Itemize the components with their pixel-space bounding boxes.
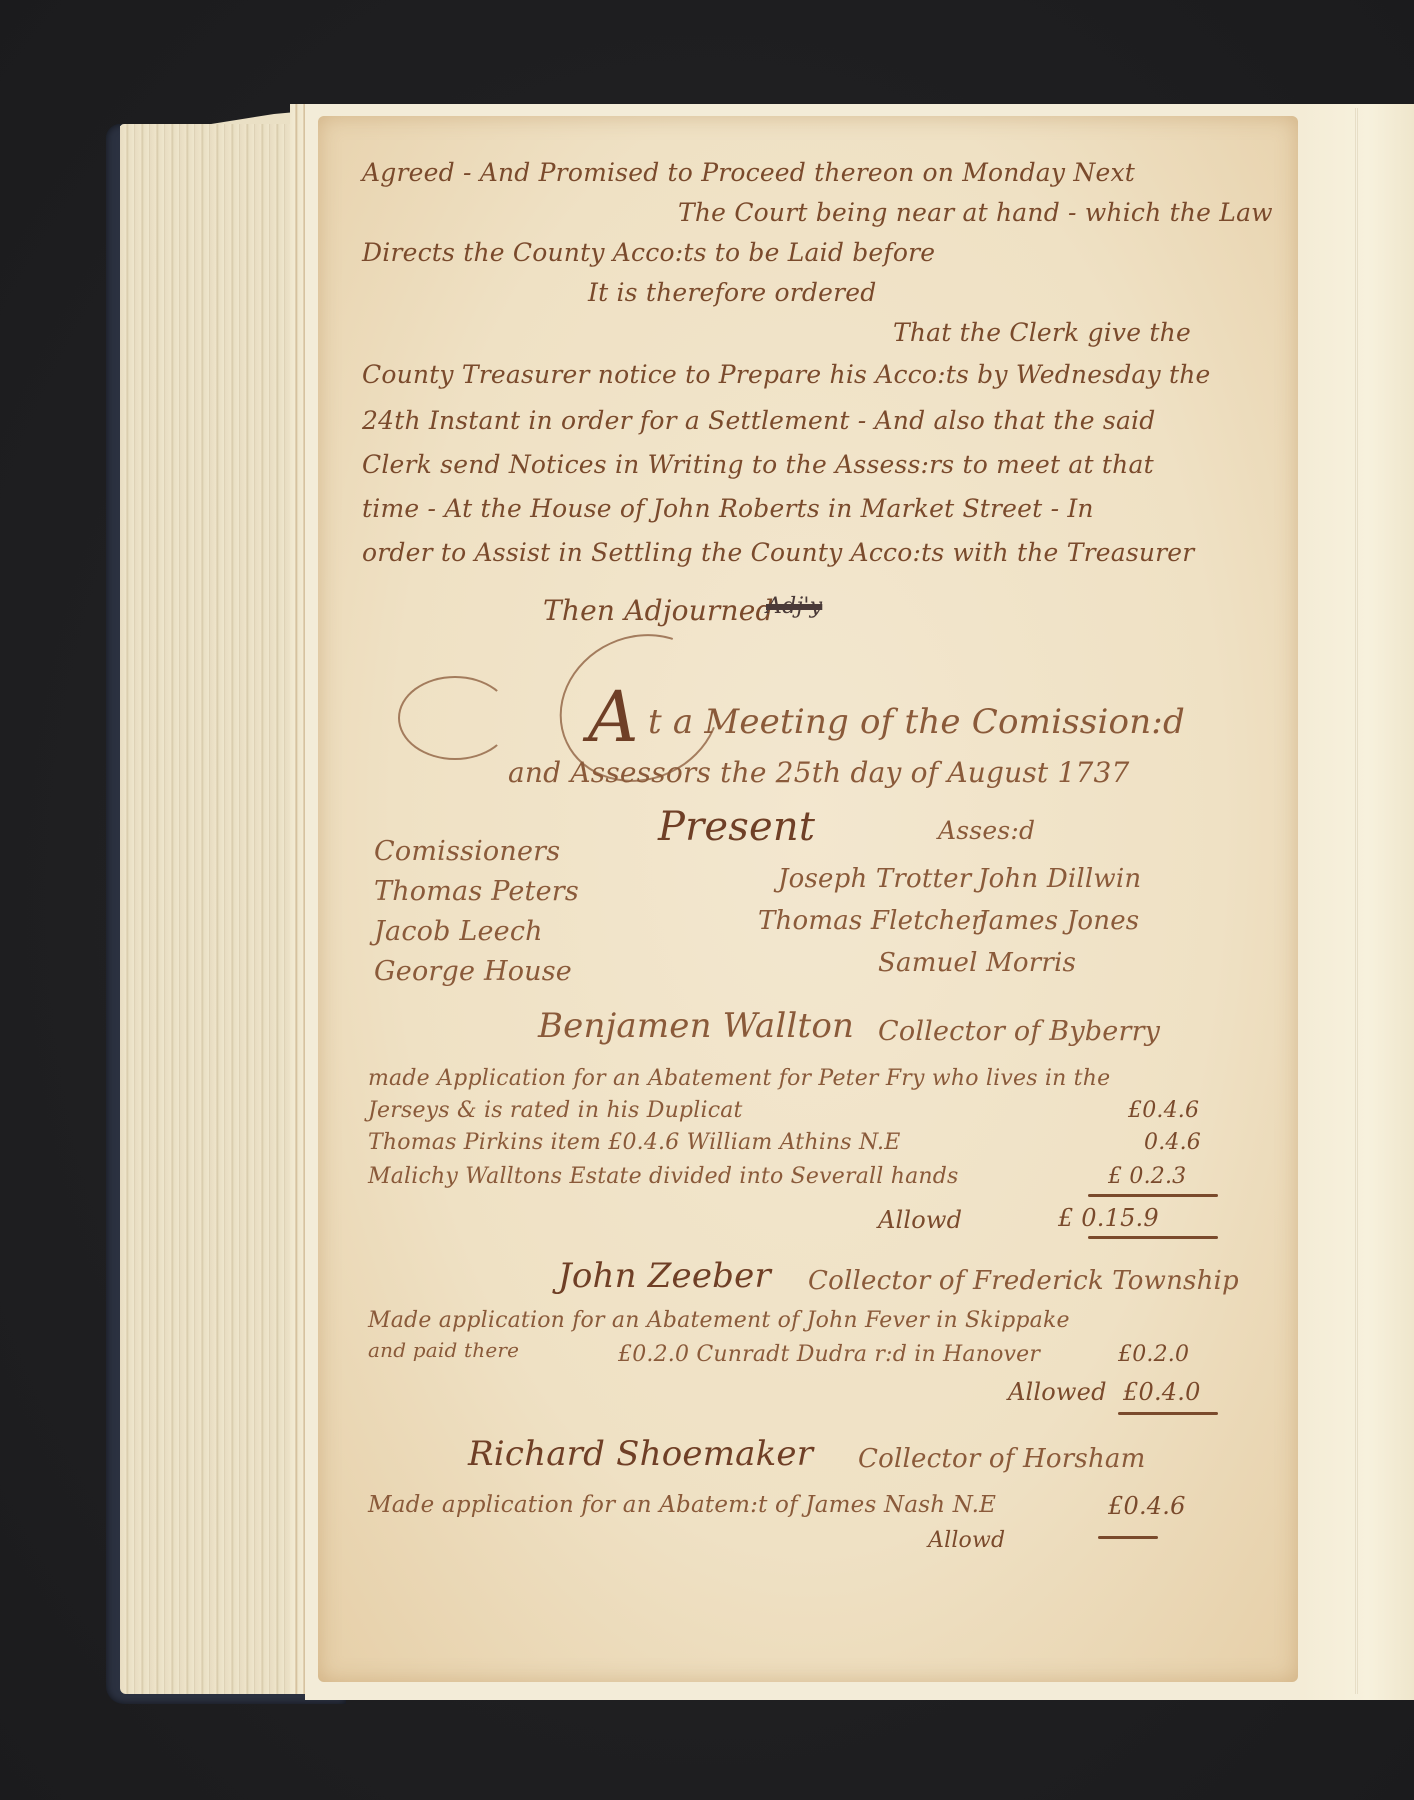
allowed-label: Allowed [1008,1378,1107,1406]
assessor-name: John Dillwin [978,864,1141,894]
flourish-ornament [398,676,512,760]
present-heading: Present [658,804,815,850]
entry-line: Made application for an Abatem:t of Jame… [368,1492,996,1518]
collector-name: Benjamen Wallton [538,1006,854,1046]
text-line: 24th Instant in order for a Settlement -… [362,406,1155,435]
allowed-label: Allowd [878,1206,962,1234]
entry-line: Jerseys & is rated in his Duplicat [368,1098,743,1123]
text-line: It is therefore ordered [588,278,876,307]
text-line: time - At the House of John Roberts in M… [362,494,1094,523]
amount: £0.2.0 [1118,1342,1189,1367]
assessor-name: James Jones [978,906,1139,936]
total-rule [1088,1194,1218,1197]
entry-line: £0.2.0 Cunradt Dudra r:d in Hanover [618,1342,1040,1367]
entry-line: Made application for an Abatement of Joh… [368,1308,1070,1333]
amount: £ 0.2.3 [1108,1164,1186,1189]
page-block-edge [120,124,300,1694]
assessors-label: Asses:d [938,816,1035,845]
entry-line: Malichy Walltons Estate divided into Sev… [368,1164,959,1189]
collector-title: Collector of Horsham [858,1444,1145,1474]
amount: 0.4.6 [1144,1130,1201,1155]
text-line: order to Assist in Settling the County A… [362,538,1194,567]
amount: £0.4.6 [1108,1492,1186,1520]
commissioners-label: Comissioners [374,836,560,867]
collector-name: Richard Shoemaker [468,1434,813,1474]
amount: £0.4.6 [1128,1098,1199,1123]
total-rule [1098,1536,1158,1539]
total-rule [1088,1236,1218,1239]
meeting-heading: t a Meeting of the Comission:d [648,702,1185,742]
commissioner-name: Jacob Leech [374,916,543,947]
assessor-name: Thomas Fletcher [758,906,984,936]
entry-line: made Application for an Abatement for Pe… [368,1066,1110,1091]
collector-title: Collector of Byberry [878,1016,1160,1047]
adjourn-text: Then Adjourned [543,594,774,627]
text-line: The Court being near at hand - which the… [678,198,1273,227]
commissioner-name: Thomas Peters [374,876,579,907]
entry-line: Thomas Pirkins item £0.4.6 William Athin… [368,1130,900,1155]
commissioner-name: George House [374,956,572,987]
assessor-name: Joseph Trotter [778,864,971,894]
manuscript-leaf: Agreed - And Promised to Proceed thereon… [318,116,1298,1682]
allowed-total: £0.4.0 [1123,1378,1201,1406]
struck-word: Adj'y [766,594,822,619]
text-line: Clerk send Notices in Writing to the Ass… [362,450,1154,479]
allowed-label: Allowd [928,1528,1005,1553]
entry-line: and paid there [368,1338,519,1362]
collector-title: Collector of Frederick Township [808,1266,1239,1296]
gutter [1355,108,1358,1694]
collector-name: John Zeeber [558,1256,771,1296]
text-line: That the Clerk give the [893,318,1191,347]
text-line: County Treasurer notice to Prepare his A… [362,360,1211,389]
heading-initial: A [588,676,639,758]
text-line: Agreed - And Promised to Proceed thereon… [362,158,1135,187]
text-line: Directs the County Acco:ts to be Laid be… [362,238,935,267]
allowed-total: £ 0.15.9 [1058,1204,1159,1232]
assessor-name: Samuel Morris [878,948,1076,978]
meeting-heading-line2: and Assessors the 25th day of August 173… [508,756,1130,789]
total-rule [1118,1412,1218,1415]
